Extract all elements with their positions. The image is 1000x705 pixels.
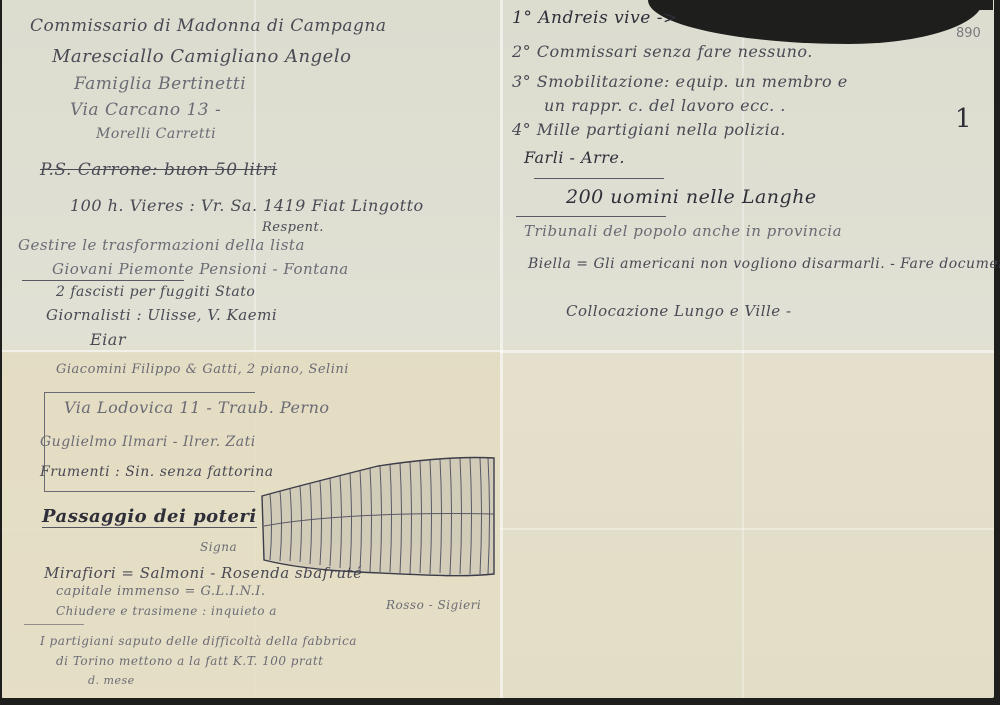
handwritten-line: Rosso - Sigieri [386,598,481,612]
handwritten-line: Via Lodovica 11 - Traub. Perno [64,398,330,417]
underline [534,178,664,179]
handwritten-line: Giacomini Filippo & Gatti, 2 piano, Seli… [56,362,349,377]
handwritten-heading: Passaggio dei poteri [42,506,257,528]
handwritten-line: Giovani Piemonte Pensioni - Fontana [52,260,349,278]
handwritten-line: Commissario di Madonna di Campagna [30,16,387,36]
archive-number: 890 [956,26,981,41]
handwritten-line: Collocazione Lungo e Ville - [566,302,792,320]
handwritten-line: 3° Smobilitazione: equip. un membro e [512,72,848,91]
handwritten-line: Guglielmo Ilmari - Ilrer. Zati [40,434,256,450]
handwritten-line: I partigiani saputo delle difficoltà del… [40,634,357,648]
handwritten-line: Eiar [90,330,126,349]
handwritten-line: Farli - Arre. [524,148,625,167]
hatched-sketch [258,456,498,580]
handwritten-line: Respent. [262,220,324,235]
handwritten-line: Frumenti : Sin. senza fattorina [40,464,274,480]
handwritten-line: Biella = Gli americani non vogliono disa… [528,256,1000,272]
underline [22,280,184,281]
handwritten-line: un rappr. c. del lavoro ecc. . [544,96,786,115]
handwritten-line: 200 uomini nelle Langhe [566,186,817,208]
handwritten-line: Giornalisti : Ulisse, V. Kaemi [46,306,277,324]
handwritten-line: di Torino mettono a la fatt K.T. 100 pra… [56,654,324,668]
handwritten-line: capitale immenso = G.L.I.N.I. [56,584,266,599]
handwritten-line: 100 h. Vieres : Vr. Sa. 1419 Fiat Lingot… [70,196,424,215]
handwritten-line: Maresciallo Camigliano Angelo [52,46,351,67]
handwritten-line: Via Carcano 13 - [70,100,221,120]
handwritten-line: Chiudere e trasimene : inquieto a [56,604,277,618]
handwritten-line: Signa [200,540,237,554]
handwritten-line: 4° Mille partigiani nella polizia. [512,120,786,139]
handwritten-line: Morelli Carretti [96,126,216,142]
handwritten-line-struck: P.S. Carrone: buon 50 litri [40,160,277,180]
handwritten-line: Gestire le trasformazioni della lista [18,236,305,254]
page-number: 1 [955,104,972,134]
handwritten-line: 2 fascisti per fuggiti Stato [56,284,255,300]
underline [24,624,84,625]
handwritten-line: 1° Andreis vive -> [512,8,678,28]
handwritten-line: 2° Commissari senza fare nessuno. [512,42,813,61]
handwritten-line: d. mese [88,674,135,687]
handwritten-line: Tribunali del popolo anche in provincia [524,222,842,240]
underline [516,216,666,217]
handwritten-line: Famiglia Bertinetti [74,74,246,94]
